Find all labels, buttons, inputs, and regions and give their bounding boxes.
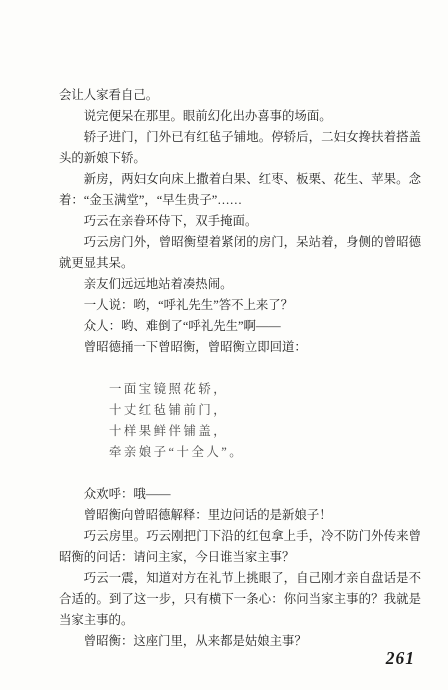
paragraph: 曾昭衡：这座门里，从来都是姑娘主事？ bbox=[59, 631, 421, 652]
paragraph: 亲友们远远地站着凑热闹。 bbox=[59, 274, 421, 295]
verse-line: 牵亲娘子“十全人”。 bbox=[109, 442, 421, 463]
text-block: 会让人家看自己。说完便呆在那里。眼前幻化出办喜事的场面。轿子进门，门外已有红毡子… bbox=[59, 85, 421, 652]
paragraph: 众人：哟、难倒了“呼礼先生”啊—— bbox=[59, 316, 421, 337]
paragraph: 众欢呼：哦—— bbox=[59, 484, 421, 505]
paragraph: 巧云房里。巧云刚把门下沿的红包拿上手，冷不防门外传来曾昭衡的问话：请问主家，今日… bbox=[59, 526, 421, 568]
paragraph: 会让人家看自己。 bbox=[59, 85, 421, 106]
verse-line: 十丈红毡铺前门， bbox=[109, 400, 421, 421]
paragraph: 一人说：哟，“呼礼先生”答不上来了？ bbox=[59, 295, 421, 316]
verse-line: 一面宝镜照花轿， bbox=[109, 379, 421, 400]
verse-block: 一面宝镜照花轿，十丈红毡铺前门，十样果鲜伴铺盖，牵亲娘子“十全人”。 bbox=[59, 379, 421, 463]
paragraph: 曾昭德捅一下曾昭衡，曾昭衡立即回道： bbox=[59, 337, 421, 358]
paragraph: 曾昭衡向曾昭德解释：里边问话的是新娘子！ bbox=[59, 505, 421, 526]
paragraph: 说完便呆在那里。眼前幻化出办喜事的场面。 bbox=[59, 106, 421, 127]
paragraph: 新房，两妇女向床上撒着白果、红枣、板栗、花生、苹果。念着：“金玉满堂”，“早生贵… bbox=[59, 169, 421, 211]
paragraph: 轿子进门，门外已有红毡子铺地。停轿后，二妇女搀扶着搭盖头的新娘下轿。 bbox=[59, 127, 421, 169]
paragraph: 巧云一震，知道对方在礼节上挑眼了，自己刚才亲自盘话是不合适的。到了这一步，只有横… bbox=[59, 568, 421, 631]
paragraph: 巧云房门外，曾昭衡望着紧闭的房门，呆站着，身侧的曾昭德就更显其呆。 bbox=[59, 232, 421, 274]
book-page: 会让人家看自己。说完便呆在那里。眼前幻化出办喜事的场面。轿子进门，门外已有红毡子… bbox=[0, 0, 448, 690]
verse-line: 十样果鲜伴铺盖， bbox=[109, 421, 421, 442]
page-number: 261 bbox=[386, 648, 415, 669]
paragraph: 巧云在亲眷环侍下，双手掩面。 bbox=[59, 211, 421, 232]
